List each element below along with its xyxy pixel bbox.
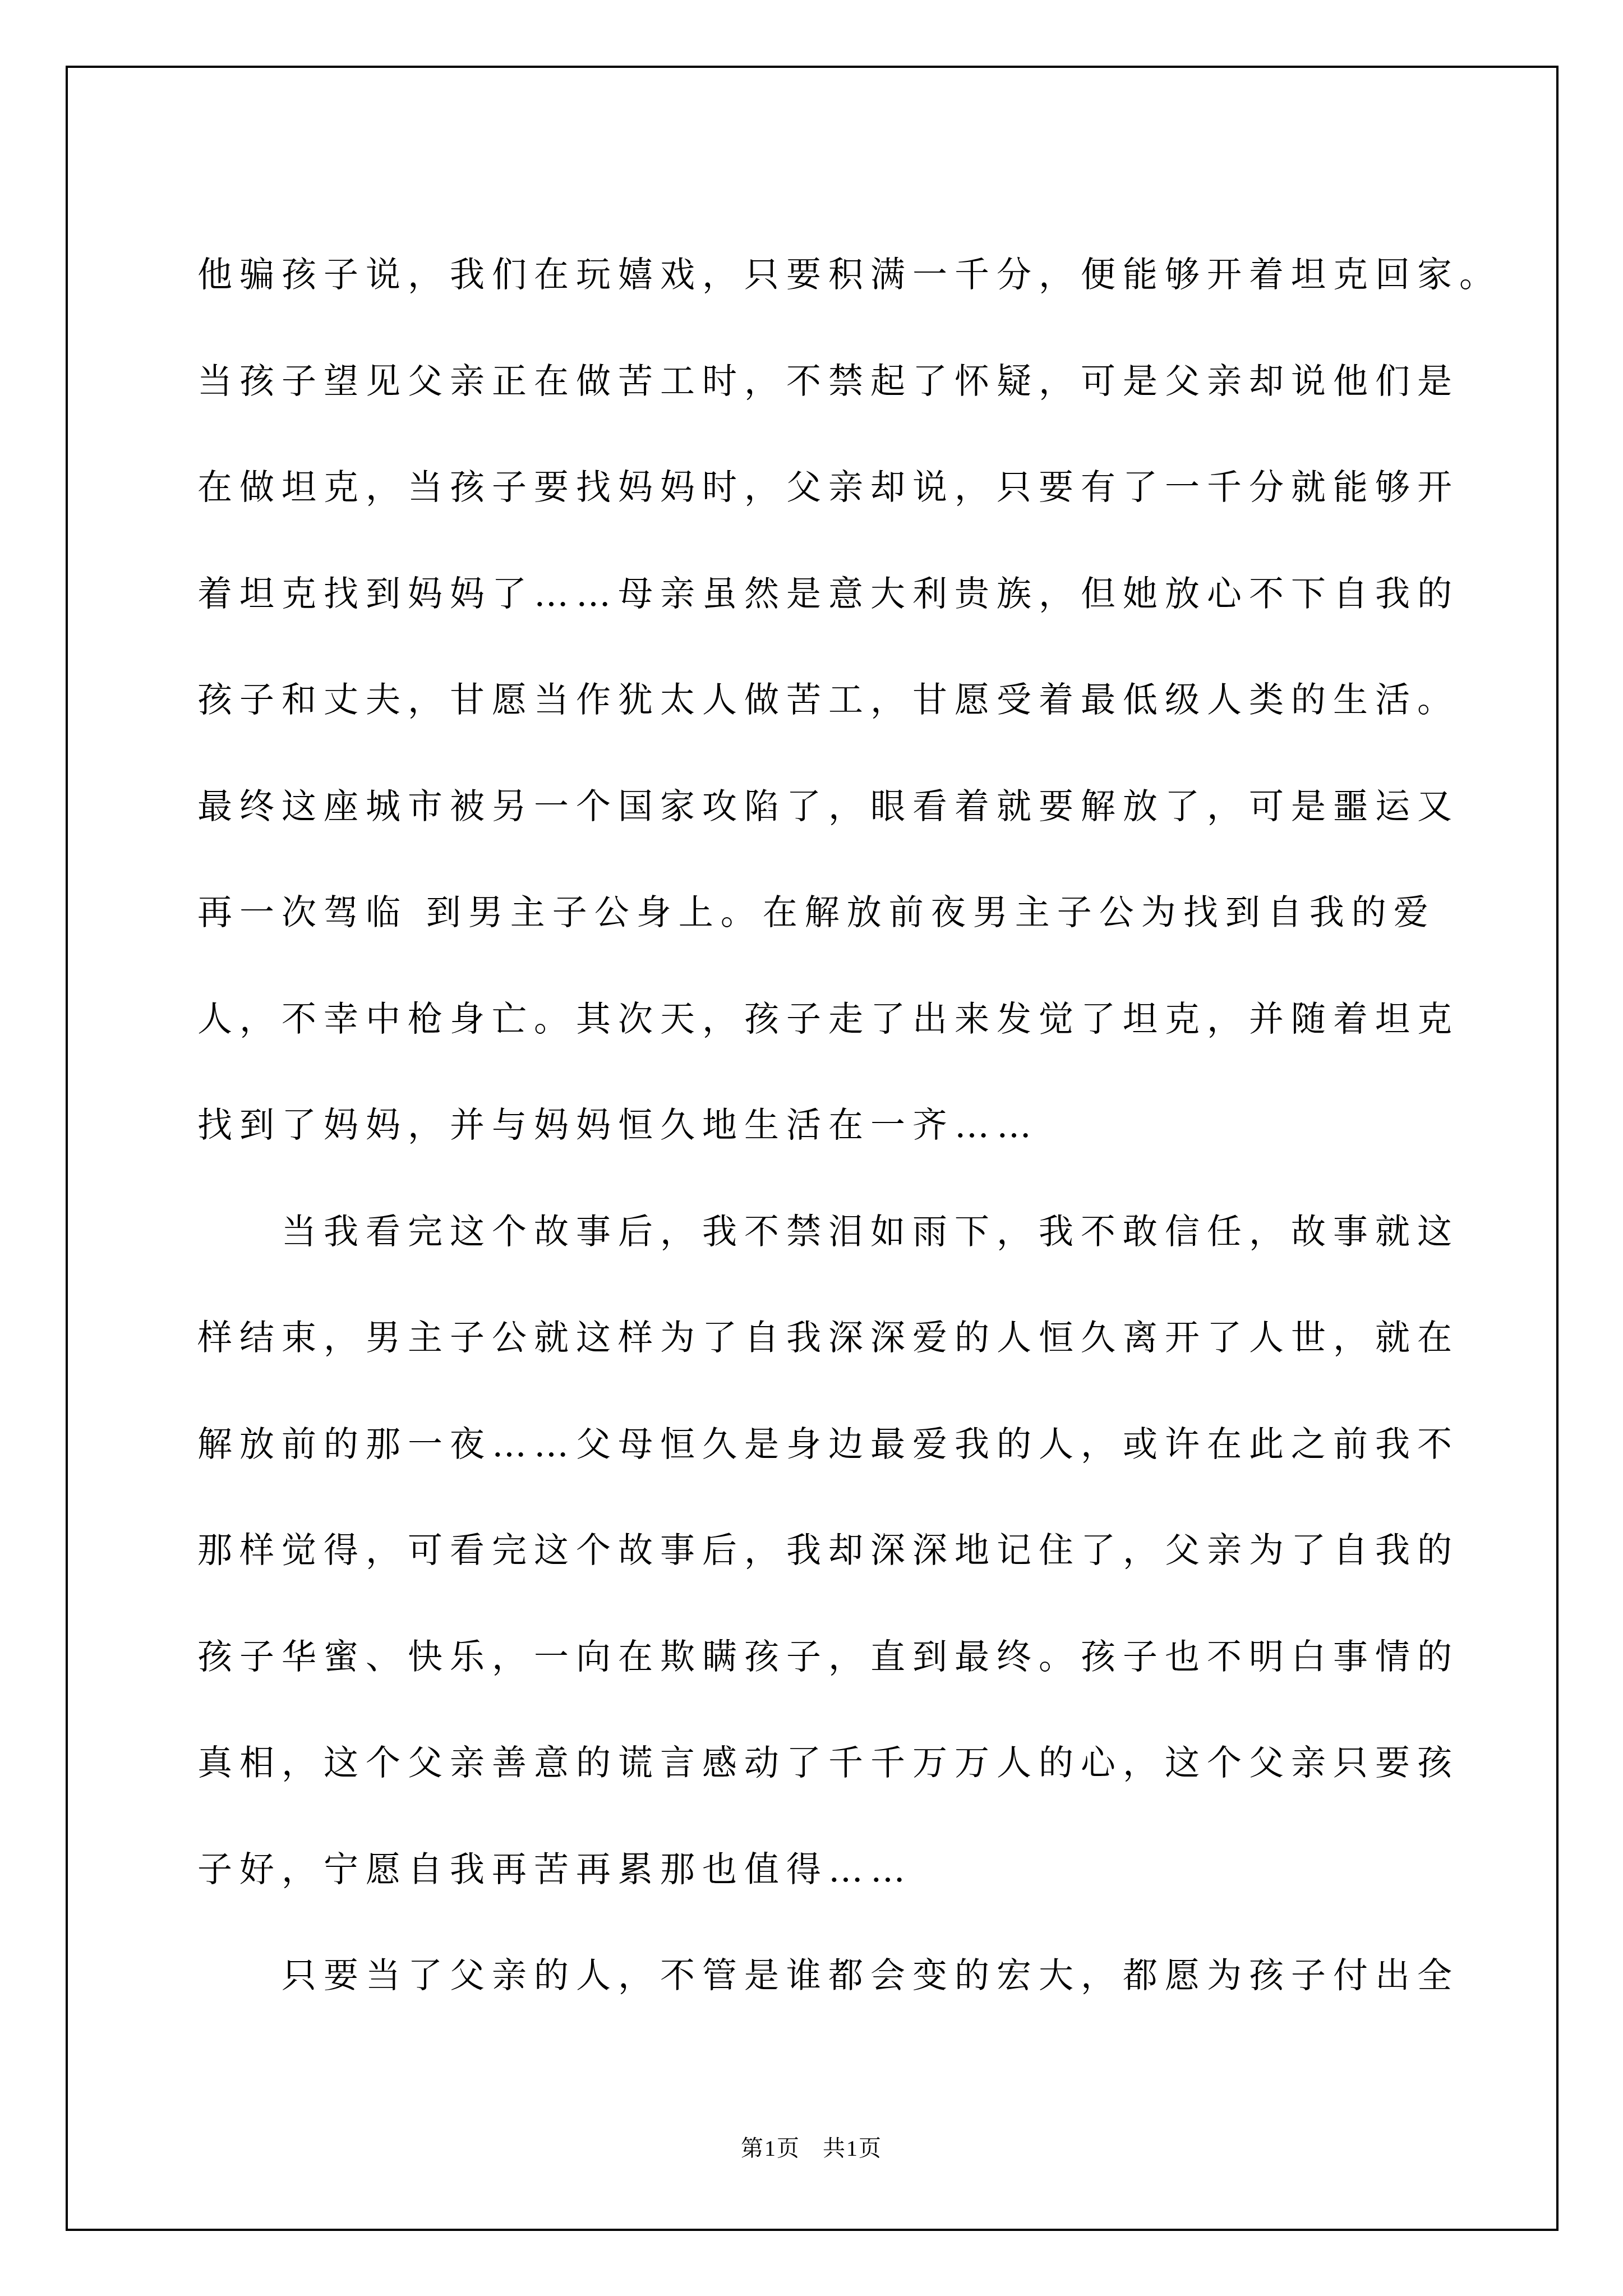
text-line: 找到了妈妈，并与妈妈恒久地生活在一齐…… <box>197 1072 1454 1179</box>
paragraph-start-line: 只要当了父亲的人，不管是谁都会变的宏大，都愿为孩子付出全 <box>197 1922 1454 2029</box>
text-line: 在做坦克，当孩子要找妈妈时，父亲却说，只要有了一千分就能够开 <box>197 434 1454 541</box>
paragraph-start-line: 当我看完这个故事后，我不禁泪如雨下，我不敢信任，故事就这 <box>197 1179 1454 1285</box>
page-total: 共1页 <box>823 2136 882 2161</box>
page-footer: 第1页 共1页 <box>0 2131 1623 2162</box>
document-body: 他骗孩子说，我们在玩嬉戏，只要积满一千分，便能够开着坦克回家。 当孩子望见父亲正… <box>197 222 1454 2029</box>
text-line: 解放前的那一夜……父母恒久是身边最爱我的人，或许在此之前我不 <box>197 1391 1454 1498</box>
text-line: 人，不幸中枪身亡。其次天，孩子走了出来发觉了坦克，并随着坦克 <box>197 966 1454 1073</box>
text-line: 那样觉得，可看完这个故事后，我却深深地记住了，父亲为了自我的 <box>197 1497 1454 1604</box>
text-line: 样结束，男主子公就这样为了自我深深爱的人恒久离开了人世，就在 <box>197 1285 1454 1391</box>
text-line: 孩子华蜜、快乐，一向在欺瞒孩子，直到最终。孩子也不明白事情的 <box>197 1604 1454 1710</box>
page-number: 第1页 <box>741 2136 800 2161</box>
text-line: 子好，宁愿自我再苦再累那也值得…… <box>197 1816 1454 1923</box>
text-line: 当孩子望见父亲正在做苦工时，不禁起了怀疑，可是父亲却说他们是 <box>197 328 1454 435</box>
text-line: 他骗孩子说，我们在玩嬉戏，只要积满一千分，便能够开着坦克回家。 <box>197 222 1454 328</box>
text-line: 真相，这个父亲善意的谎言感动了千千万万人的心，这个父亲只要孩 <box>197 1710 1454 1816</box>
text-line: 孩子和丈夫，甘愿当作犹太人做苦工，甘愿受着最低级人类的生活。 <box>197 647 1454 753</box>
text-line: 最终这座城市被另一个国家攻陷了，眼看着就要解放了，可是噩运又 <box>197 753 1454 860</box>
text-line: 再一次驾临 到男主子公身上。在解放前夜男主子公为找到自我的爱 <box>197 859 1454 966</box>
text-line: 着坦克找到妈妈了……母亲虽然是意大利贵族，但她放心不下自我的 <box>197 541 1454 647</box>
